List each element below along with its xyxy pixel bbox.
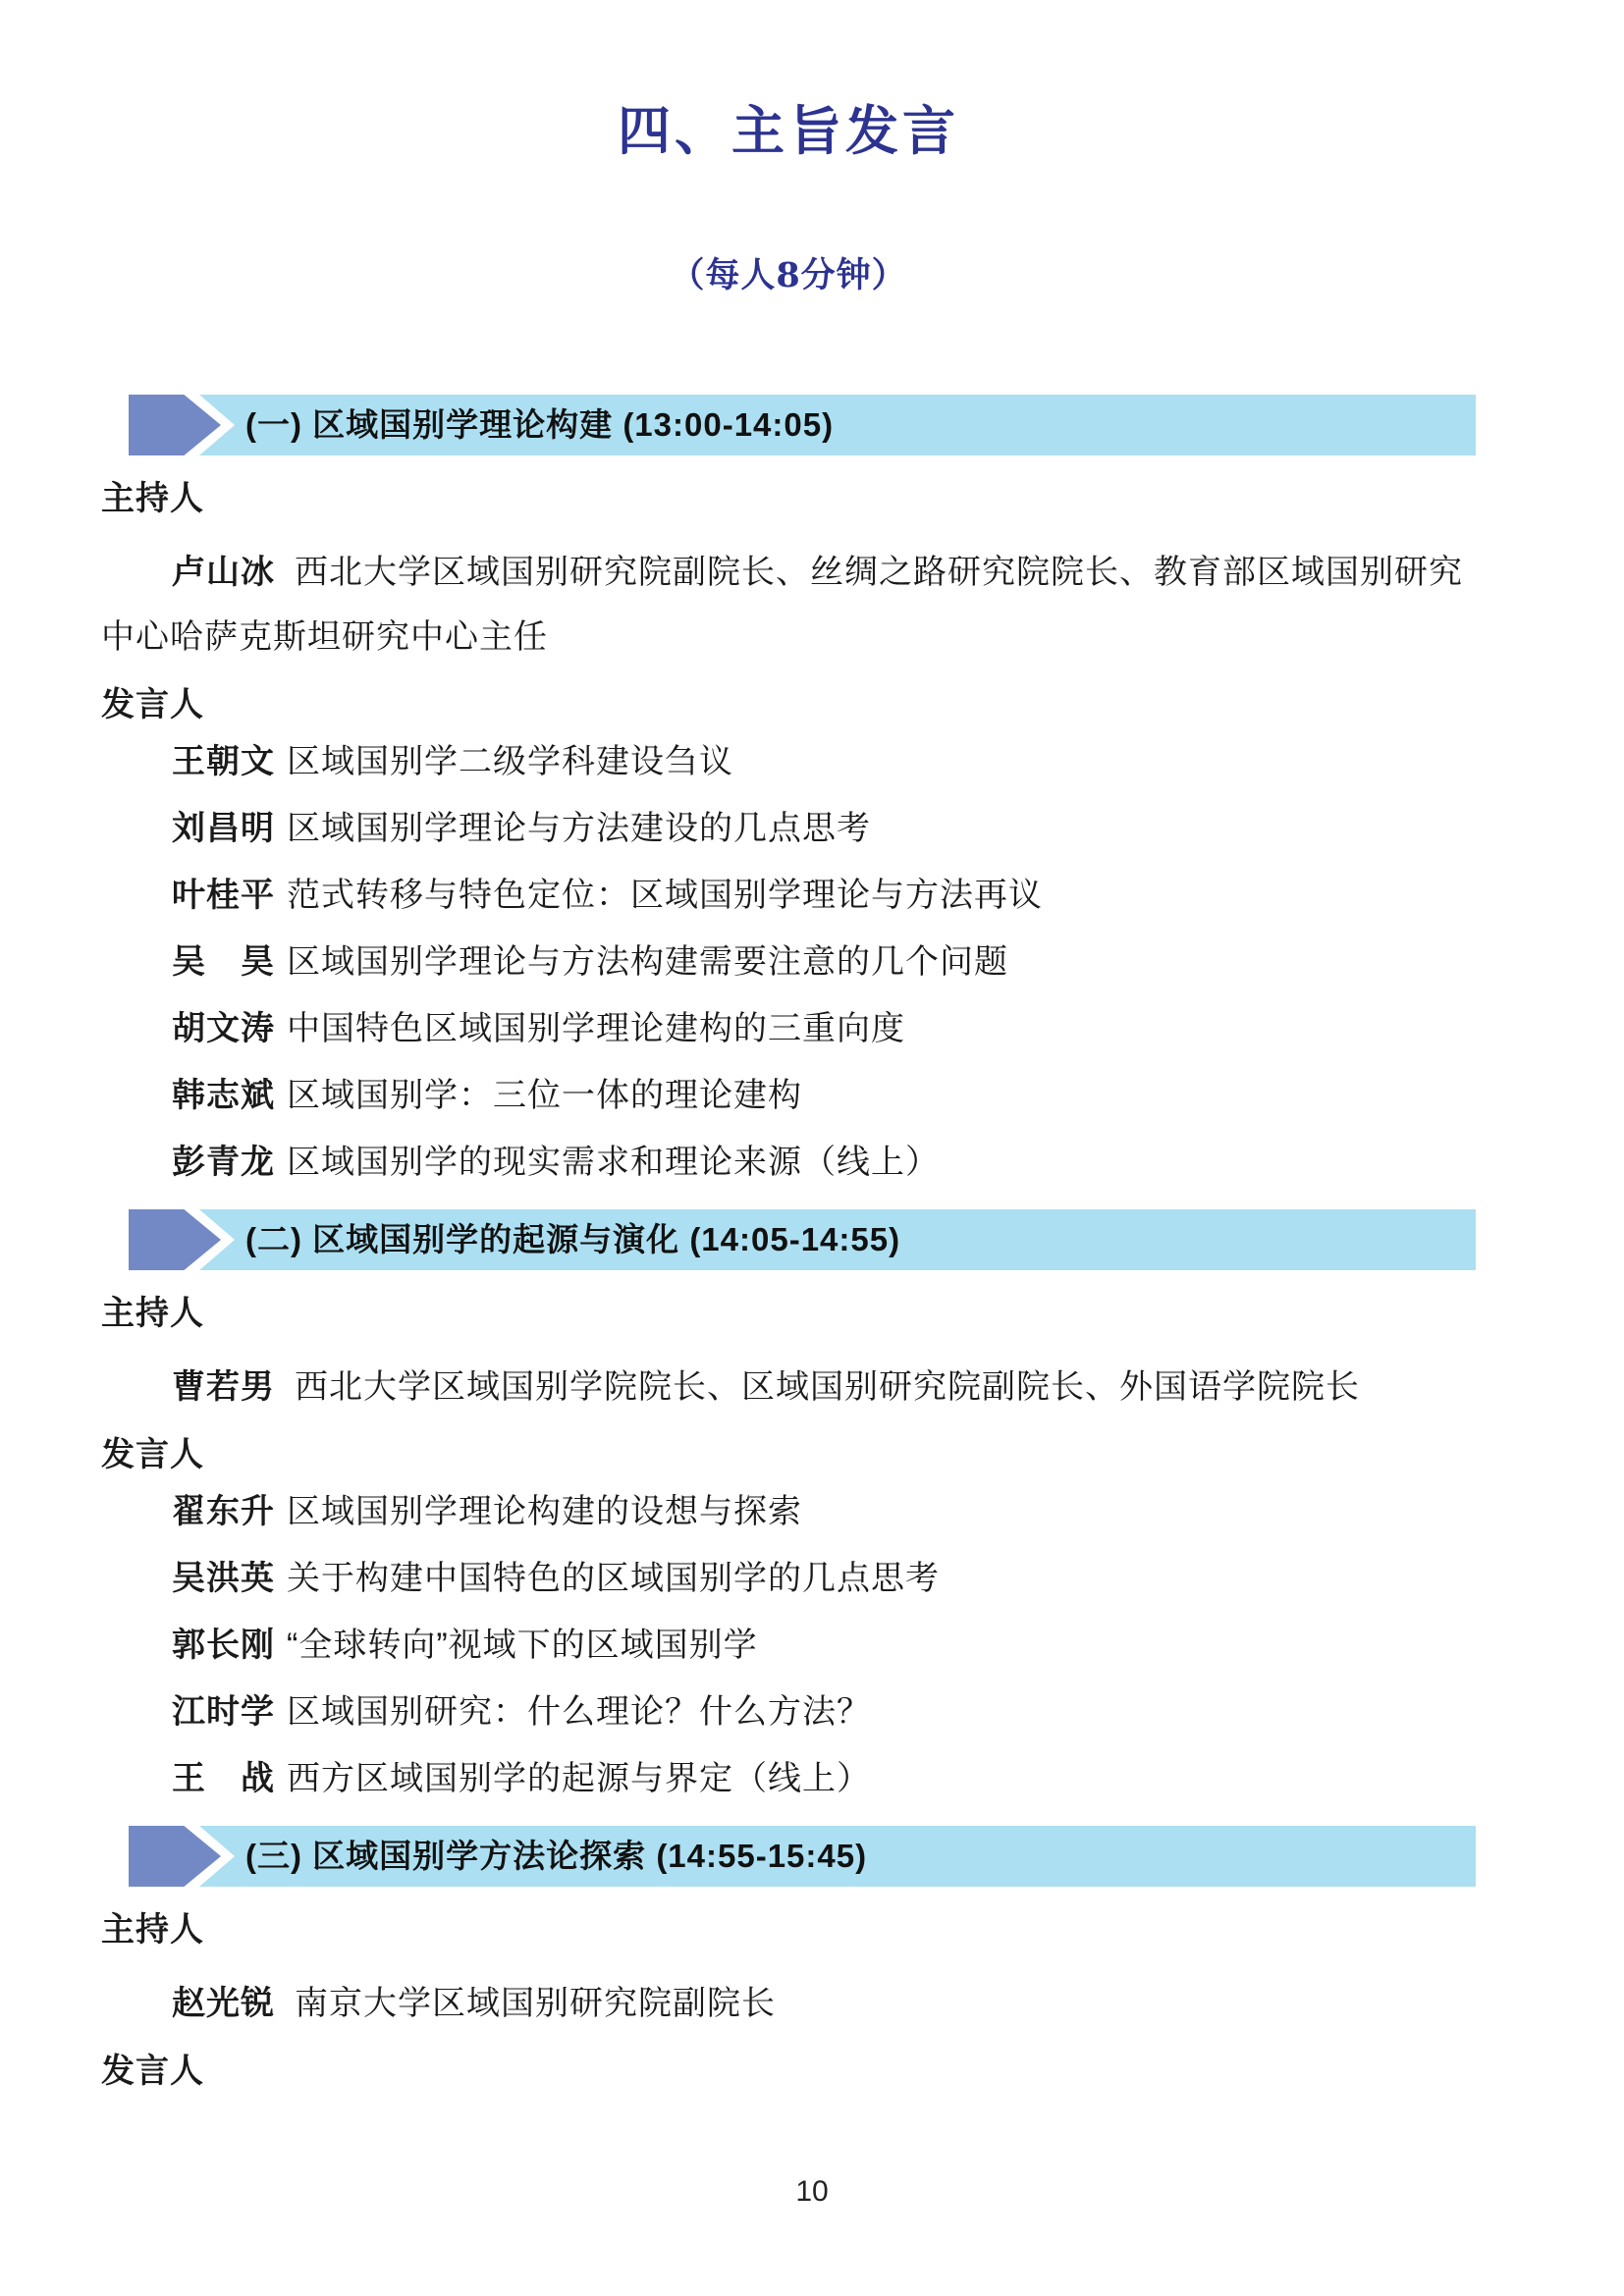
speaker-row: 彭青龙区域国别学的现实需求和理论来源（线上）	[172, 1143, 1476, 1182]
host-name: 曹若男	[172, 1368, 275, 1406]
host-name: 卢山冰	[172, 554, 275, 591]
speaker-name: 胡文涛	[172, 1010, 275, 1047]
host-name: 赵光锐	[172, 1985, 275, 2022]
banner-arrow-icon	[129, 1209, 221, 1270]
section-keynote-1: (一) 区域国别学理论构建 (13:00-14:05) 主持人 卢山冰西北大学区…	[101, 395, 1476, 1182]
speaker-name: 翟东升	[172, 1493, 275, 1530]
host-line: 卢山冰西北大学区域国别研究院副院长、丝绸之路研究院院长、教育部区域国别研究中心哈…	[101, 540, 1476, 669]
banner-arrow-icon	[129, 395, 221, 455]
host-label: 主持人	[101, 1910, 1476, 1949]
speakers-label: 发言人	[101, 1435, 1476, 1474]
speaker-list: 翟东升区域国别学理论构建的设想与探索 吴洪英关于构建中国特色的区域国别学的几点思…	[101, 1492, 1476, 1798]
speaker-name: 叶桂平	[172, 877, 275, 914]
speaker-name: 彭青龙	[172, 1144, 275, 1181]
document-content: 四、主旨发言 （每人8分钟） (一) 区域国别学理论构建 (13:00-14:0…	[101, 96, 1476, 2091]
speaker-name: 王 战	[172, 1760, 275, 1797]
speaker-row: 江时学区域国别研究：什么理论？什么方法？	[172, 1692, 1476, 1732]
speaker-topic: 区域国别学二级学科建设刍议	[287, 743, 733, 780]
host-affiliation: 南京大学区域国别研究院副院长	[295, 1985, 776, 2022]
speaker-name: 刘昌明	[172, 810, 275, 847]
section-keynote-3: (三) 区域国别学方法论探索 (14:55-15:45) 主持人 赵光锐南京大学…	[101, 1826, 1476, 2091]
section-1-heading: (一) 区域国别学理论构建 (13:00-14:05)	[245, 395, 834, 455]
speaker-name: 江时学	[172, 1693, 275, 1731]
section-2-banner: (二) 区域国别学的起源与演化 (14:05-14:55)	[101, 1209, 1476, 1270]
speaker-topic: 区域国别学：三位一体的理论建构	[287, 1077, 802, 1114]
banner-arrow-icon	[129, 1826, 221, 1887]
host-affiliation: 西北大学区域国别研究院副院长、丝绸之路研究院院长、教育部区域国别研究中心哈萨克斯…	[101, 554, 1463, 656]
speaker-row: 刘昌明区域国别学理论与方法建设的几点思考	[172, 809, 1476, 848]
speaker-row: 翟东升区域国别学理论构建的设想与探索	[172, 1492, 1476, 1531]
speaker-topic: 西方区域国别学的起源与界定（线上）	[287, 1760, 871, 1797]
host-affiliation: 西北大学区域国别学院院长、区域国别研究院副院长、外国语学院院长	[295, 1368, 1360, 1406]
host-line: 赵光锐南京大学区域国别研究院副院长	[101, 1971, 1476, 2036]
host-label: 主持人	[101, 1294, 1476, 1333]
speaker-topic: 中国特色区域国别学理论建构的三重向度	[287, 1010, 905, 1047]
speaker-row: 韩志斌区域国别学：三位一体的理论建构	[172, 1076, 1476, 1115]
page-title: 四、主旨发言	[101, 96, 1476, 165]
speaker-topic: 区域国别研究：什么理论？什么方法？	[287, 1693, 871, 1731]
speaker-row: 吴洪英关于构建中国特色的区域国别学的几点思考	[172, 1559, 1476, 1598]
speaker-topic: 关于构建中国特色的区域国别学的几点思考	[287, 1560, 940, 1597]
speaker-row: 胡文涛中国特色区域国别学理论建构的三重向度	[172, 1009, 1476, 1048]
speaker-topic: 区域国别学理论与方法建设的几点思考	[287, 810, 871, 847]
section-2-heading: (二) 区域国别学的起源与演化 (14:05-14:55)	[245, 1209, 900, 1270]
speaker-topic: 区域国别学理论与方法构建需要注意的几个问题	[287, 943, 1008, 981]
speaker-row: 王朝文区域国别学二级学科建设刍议	[172, 742, 1476, 781]
speaker-name: 郭长刚	[172, 1627, 275, 1664]
section-3-heading: (三) 区域国别学方法论探索 (14:55-15:45)	[245, 1826, 867, 1887]
speaker-name: 韩志斌	[172, 1077, 275, 1114]
document-page: 四、主旨发言 （每人8分钟） (一) 区域国别学理论构建 (13:00-14:0…	[0, 0, 1624, 2296]
speaker-topic: 范式转移与特色定位：区域国别学理论与方法再议	[287, 877, 1043, 914]
host-line: 曹若男西北大学区域国别学院院长、区域国别研究院副院长、外国语学院院长	[101, 1355, 1476, 1419]
speaker-topic: “全球转向”视域下的区域国别学	[287, 1627, 758, 1664]
speaker-row: 吴 昊区域国别学理论与方法构建需要注意的几个问题	[172, 942, 1476, 982]
speaker-topic: 区域国别学的现实需求和理论来源（线上）	[287, 1144, 940, 1181]
speaker-row: 王 战西方区域国别学的起源与界定（线上）	[172, 1759, 1476, 1798]
section-keynote-2: (二) 区域国别学的起源与演化 (14:05-14:55) 主持人 曹若男西北大…	[101, 1209, 1476, 1798]
speaker-topic: 区域国别学理论构建的设想与探索	[287, 1493, 802, 1530]
speakers-label: 发言人	[101, 2052, 1476, 2091]
page-subtitle: （每人8分钟）	[101, 251, 1476, 300]
section-3-banner: (三) 区域国别学方法论探索 (14:55-15:45)	[101, 1826, 1476, 1887]
speaker-row: 叶桂平范式转移与特色定位：区域国别学理论与方法再议	[172, 876, 1476, 915]
speaker-name: 吴洪英	[172, 1560, 275, 1597]
section-1-banner: (一) 区域国别学理论构建 (13:00-14:05)	[101, 395, 1476, 455]
speaker-list: 王朝文区域国别学二级学科建设刍议 刘昌明区域国别学理论与方法建设的几点思考 叶桂…	[101, 742, 1476, 1182]
speakers-label: 发言人	[101, 685, 1476, 724]
host-label: 主持人	[101, 479, 1476, 518]
speaker-name: 王朝文	[172, 743, 275, 780]
speaker-row: 郭长刚“全球转向”视域下的区域国别学	[172, 1626, 1476, 1665]
page-number: 10	[0, 2175, 1624, 2209]
speaker-name: 吴 昊	[172, 943, 275, 981]
